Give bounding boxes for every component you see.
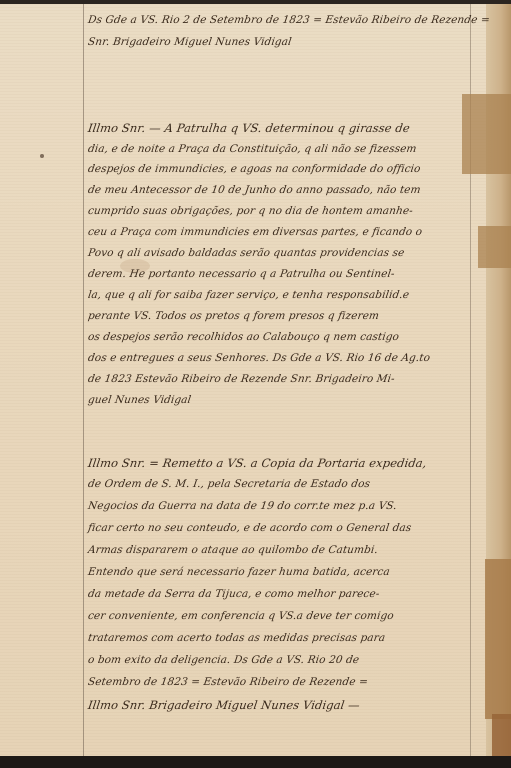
letter1-line: Illmo Snr. — A Patrulha q VS. determinou… bbox=[87, 121, 411, 135]
paper-tape-patch bbox=[478, 226, 511, 268]
header-line: Ds Gde a VS. Rio 2 de Setembro de 1823 =… bbox=[87, 14, 490, 26]
letter2-line: Armas dispararem o ataque ao quilombo de… bbox=[87, 544, 379, 556]
letter1-line: guel Nunes Vidigal bbox=[87, 394, 192, 406]
letter2-line: Entendo que será necessario fazer huma b… bbox=[87, 566, 390, 578]
letter2-line: Illmo Snr. Brigadeiro Miguel Nunes Vidig… bbox=[87, 698, 361, 712]
letter2-line: o bom exito da deligencia. Ds Gde a VS. … bbox=[87, 654, 360, 666]
letter2-line: de Ordem de S. M. I., pela Secretaria de… bbox=[87, 478, 371, 490]
letter2-line: trataremos com acerto todas as medidas p… bbox=[87, 632, 386, 644]
paper-tape-patch bbox=[492, 714, 511, 758]
letter2-line: Illmo Snr. = Remetto a VS. a Copia da Po… bbox=[87, 456, 428, 470]
letter1-line: de 1823 Estevão Ribeiro de Rezende Snr. … bbox=[87, 373, 395, 385]
letter2-line: cer conveniente, em conferencia q VS.a d… bbox=[87, 610, 394, 622]
letter1-line: de meu Antecessor de 10 de Junho do anno… bbox=[87, 184, 421, 196]
left-margin-rule bbox=[83, 4, 84, 758]
letter1-line: cumprido suas obrigações, por q no dia d… bbox=[87, 205, 414, 217]
letter2-line: ficar certo no seu conteudo, e de acordo… bbox=[87, 522, 412, 534]
letter1-line: despejos de immundicies, e agoas na conf… bbox=[87, 163, 421, 175]
letter1-line: dia, e de noite a Praça da Constituição,… bbox=[87, 143, 417, 155]
paper-tape-patch bbox=[485, 559, 511, 719]
letter1-line: perante VS. Todos os pretos q forem pres… bbox=[87, 310, 380, 322]
letter2-line: Setembro de 1823 = Estevão Ribeiro de Re… bbox=[87, 676, 369, 688]
letter1-line: derem. He portanto necessario q a Patrul… bbox=[87, 268, 395, 280]
letter2-line: da metade da Serra da Tijuca, e como mel… bbox=[87, 588, 380, 600]
scan-bottom-border bbox=[0, 756, 511, 768]
letter1-line: Povo q ali avisado baldadas serão quanta… bbox=[87, 247, 405, 259]
paper-tape-patch bbox=[462, 94, 511, 174]
letter2-line: Negocios da Guerra na data de 19 do corr… bbox=[87, 500, 397, 512]
letter1-line: dos e entregues a seus Senhores. Ds Gde … bbox=[87, 352, 431, 364]
header-line: Snr. Brigadeiro Miguel Nunes Vidigal bbox=[87, 36, 292, 48]
manuscript-page: Ds Gde a VS. Rio 2 de Setembro de 1823 =… bbox=[0, 4, 511, 758]
ink-spot bbox=[40, 154, 44, 158]
letter1-line: la, que q ali for saiba fazer serviço, e… bbox=[87, 289, 410, 301]
letter1-line: ceu a Praça com immundicies em diversas … bbox=[87, 226, 423, 238]
letter1-line: os despejos serão recolhidos ao Calabouç… bbox=[87, 331, 400, 343]
